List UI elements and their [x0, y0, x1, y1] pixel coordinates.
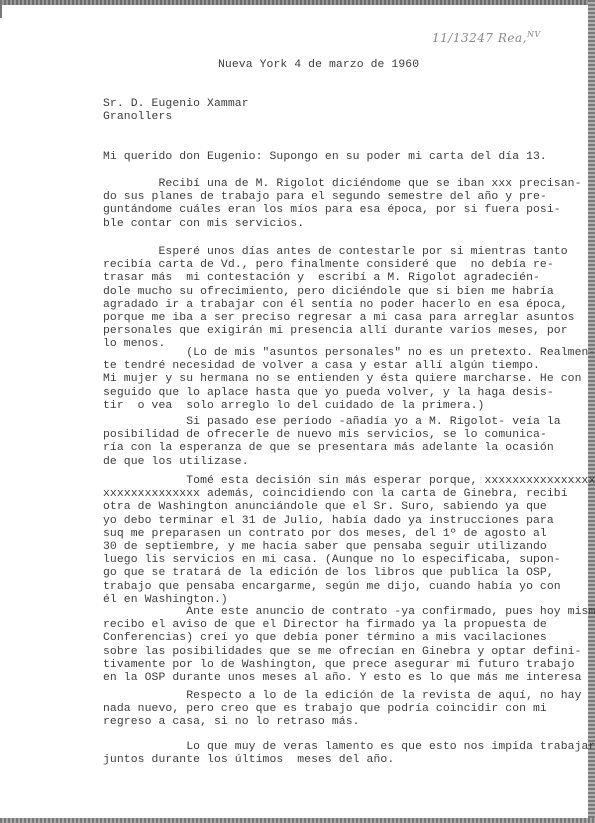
text-line: yo debo terminar el 31 de Julio, había d… [103, 515, 554, 528]
annotation-initials: Rea, [498, 31, 527, 45]
text-line: Mi mujer y su hermana no se entienden y … [103, 373, 582, 386]
text-line: seguido que lo aplace hasta que yo pueda… [103, 387, 554, 400]
text-line: él en Washington.) [103, 594, 228, 607]
text-line: (Lo de mis "asuntos personales" no es un… [103, 347, 595, 360]
text-line: Esperé unos días antes de contestarle po… [103, 246, 568, 259]
text-line: luego lis servicios en mi casa. (Aunque … [103, 554, 561, 567]
text-line: Tomé esta decisión sin más esperar porqu… [103, 475, 595, 488]
text-line: regreso a casa, si no lo retraso más. [103, 716, 360, 729]
handwritten-annotation: 11/13247 Rea,NV [432, 30, 541, 45]
scan-border-bottom [0, 818, 595, 823]
text-line: Si pasado ese período -añadía yo a M. Ri… [103, 416, 561, 429]
text-line: tir o vea solo arreglo lo del cuidado de… [103, 400, 484, 413]
text-line: Conferencias) creí yo que debía poner té… [103, 632, 547, 645]
salutation: Mi querido don Eugenio: Supongo en su po… [103, 151, 547, 164]
text-line: tivamente por lo de Washington, que prec… [103, 659, 575, 672]
scan-border-left [0, 0, 2, 18]
text-line: 30 de septiembre, y me hacía saber que p… [103, 541, 547, 554]
text-line: sobre las posibilidades que se me ofrecí… [103, 646, 582, 659]
reference-number: 11/13247 [432, 31, 494, 45]
text-line: juntos durante los últimos meses del año… [103, 754, 394, 767]
text-line: recibo el aviso de que el Director ha fi… [103, 619, 547, 632]
text-line: porque me iba a ser preciso regresar a m… [103, 312, 575, 325]
text-line: de que los utilizase. [103, 456, 249, 469]
text-line: do sus planes de trabajo para el segundo… [103, 191, 547, 204]
text-line: dole mucho su ofrecimiento, pero diciénd… [103, 286, 554, 299]
text-line: posibilidad de ofrecerle de nuevo mis se… [103, 429, 547, 442]
text-line: go que se tratará de la edición de los l… [103, 567, 554, 580]
text-line: Ante este anuncio de contrato -ya confir… [103, 606, 595, 619]
text-line: te tendré necesidad de volver a casa y e… [103, 360, 540, 373]
text-line: personales que exigirán mi presencia all… [103, 325, 568, 338]
text-line: guntándome cuáles eran los míos para esa… [103, 204, 561, 217]
text-line: suq me preparasen un contrato por dos me… [103, 528, 547, 541]
recipient-place: Granollers [103, 111, 172, 124]
scan-border-right [588, 0, 595, 823]
text-line: agradado ir a trabajar con él sentía no … [103, 299, 568, 312]
text-line: trasar más mi contestación y escribí a M… [103, 272, 540, 285]
text-line: en la OSP durante unos meses al año. Y e… [103, 672, 582, 685]
text-line: nada nuevo, pero creo que es trabajo que… [103, 703, 547, 716]
date-line: Nueva York 4 de marzo de 1960 [218, 59, 419, 72]
text-line: ble contar con mis servicios. [103, 218, 304, 231]
text-line: xxxxxxxxxxxxxx además, coincidiendo con … [103, 488, 568, 501]
text-line: ría con la esperanza de que se presentar… [103, 442, 554, 455]
text-line: otra de Washington anunciándole que el S… [103, 501, 547, 514]
recipient-name: Sr. D. Eugenio Xammar [103, 98, 249, 111]
text-line: Respecto a lo de la edición de la revist… [103, 690, 582, 703]
text-line: trabajo que pensaba encargarme, según me… [103, 581, 561, 594]
text-line: Recibí una de M. Rigolot diciéndome que … [103, 178, 582, 191]
text-line: Lo que muy de veras lamento es que esto … [103, 741, 595, 754]
text-line: recibía carta de Vd., pero finalmente co… [103, 259, 554, 272]
scan-border-top [0, 0, 595, 5]
annotation-sup: NV [527, 30, 541, 39]
